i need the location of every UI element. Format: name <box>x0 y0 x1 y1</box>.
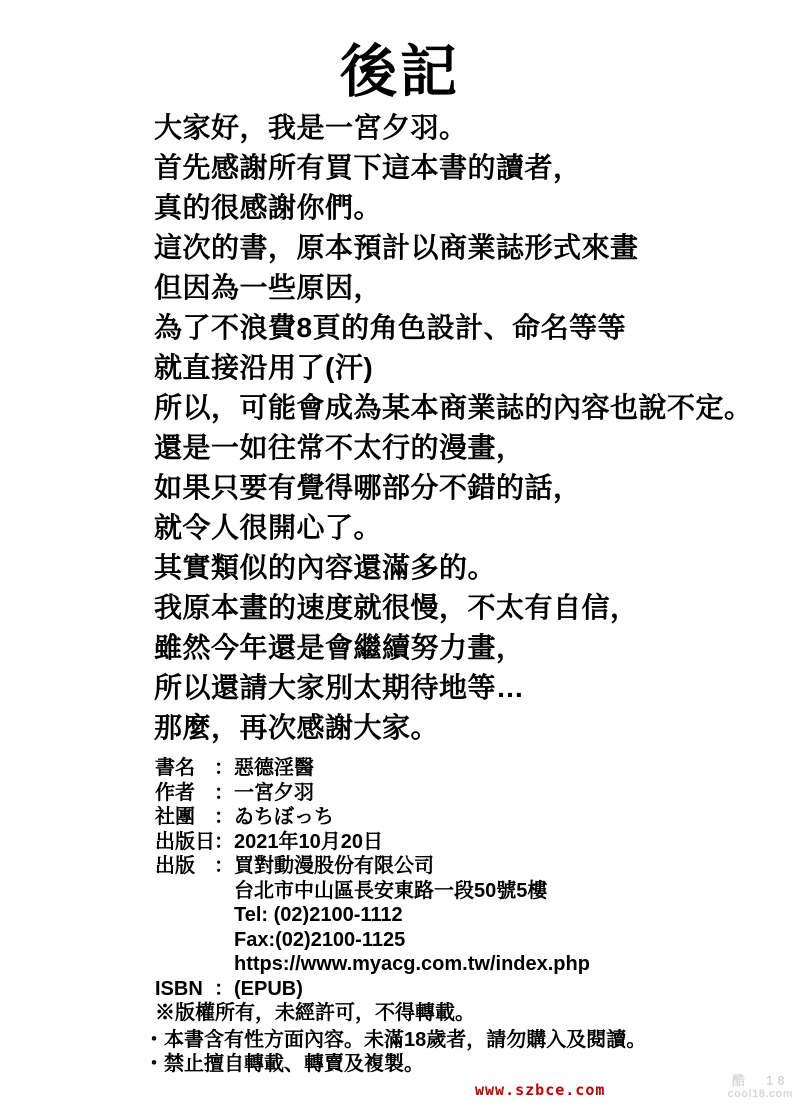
colophon-colon: ： <box>214 977 234 1002</box>
body-line: 大家好，我是一宮夕羽。 <box>154 108 780 148</box>
colophon-row-pubdate: 出版日：2021年10月20日 <box>155 830 590 855</box>
colophon-colon: ： <box>214 781 234 806</box>
body-line: 就令人很開心了。 <box>154 508 780 548</box>
colophon-value: 2021年10月20日 <box>234 830 383 855</box>
colophon-colon: ： <box>214 805 234 830</box>
colophon-label: 出版 <box>155 854 214 879</box>
colophon-row-book-title: 書名：惡德淫醫 <box>155 756 590 781</box>
colophon-row-isbn: ISBN：(EPUB) <box>155 977 590 1002</box>
colophon: 書名：惡德淫醫 作者：一宮夕羽 社團：ゐちぼっち 出版日：2021年10月20日… <box>155 756 590 1026</box>
colophon-row-publisher: 出版：買對動漫股份有限公司 <box>155 854 590 879</box>
body-line: 雖然今年還是會繼續努力畫， <box>154 628 780 668</box>
publisher-url: https://www.myacg.com.tw/index.php <box>155 952 590 977</box>
colophon-colon: ： <box>214 854 234 879</box>
body-line: 如果只要有覺得哪部分不錯的話， <box>154 468 780 508</box>
watermark-cool18-top: 酷 18 <box>727 1074 793 1088</box>
publisher-address: 台北市中山區長安東路一段50號5樓 <box>155 879 590 904</box>
body-line: 這次的書，原本預計以商業誌形式來畫 <box>154 228 780 268</box>
colophon-value: 一宮夕羽 <box>234 781 314 806</box>
body-line: 那麼，再次感謝大家。 <box>154 708 780 748</box>
body-line: 我原本畫的速度就很慢，不太有自信， <box>154 588 780 628</box>
page-title: 後記 <box>0 26 800 108</box>
colophon-colon: ： <box>214 756 234 781</box>
colophon-label: 作者 <box>155 781 214 806</box>
watermark-cool18-bottom: cool18.com <box>727 1088 793 1100</box>
watermark-cool18: 酷 18 cool18.com <box>727 1074 793 1100</box>
afterword-body: 大家好，我是一宮夕羽。 首先感謝所有買下這本書的讀者， 真的很感謝你們。 這次的… <box>154 108 780 748</box>
colophon-label: ISBN <box>155 977 214 1002</box>
body-line: 為了不浪費8頁的角色設計、命名等等 <box>154 308 780 348</box>
colophon-value: (EPUB) <box>234 977 303 1002</box>
colophon-label: 書名 <box>155 756 214 781</box>
colophon-value: 惡德淫醫 <box>234 756 314 781</box>
warning-line: ・本書含有性方面內容。未滿18歲者，請勿購入及閱讀。 <box>144 1028 646 1052</box>
colophon-row-author: 作者：一宮夕羽 <box>155 781 590 806</box>
body-line: 其實類似的內容還滿多的。 <box>154 548 780 588</box>
warning-notes: ・本書含有性方面內容。未滿18歲者，請勿購入及閱讀。 ・禁止擅自轉載、轉賣及複製… <box>144 1028 646 1076</box>
watermark-szbce: www.szbce.com <box>475 1081 605 1099</box>
body-line: 還是一如往常不太行的漫畫， <box>154 428 780 468</box>
colophon-value: 買對動漫股份有限公司 <box>234 854 434 879</box>
colophon-value: ゐちぼっち <box>234 805 334 830</box>
publisher-tel: Tel: (02)2100-1112 <box>155 903 590 928</box>
warning-line: ・禁止擅自轉載、轉賣及複製。 <box>144 1052 646 1076</box>
colophon-label: 出版日 <box>155 830 214 855</box>
copyright-notice: ※版權所有，未經許可，不得轉載。 <box>155 1001 590 1026</box>
afterword-page: 後記 大家好，我是一宮夕羽。 首先感謝所有買下這本書的讀者， 真的很感謝你們。 … <box>0 0 800 1119</box>
colophon-row-circle: 社團：ゐちぼっち <box>155 805 590 830</box>
colophon-colon: ： <box>214 830 234 855</box>
publisher-fax: Fax:(02)2100-1125 <box>155 928 590 953</box>
body-line: 所以，可能會成為某本商業誌的內容也說不定。 <box>154 388 780 428</box>
body-line: 所以還請大家別太期待地等… <box>154 668 780 708</box>
colophon-label: 社團 <box>155 805 214 830</box>
body-line: 但因為一些原因， <box>154 268 780 308</box>
body-line: 就直接沿用了(汗) <box>154 348 780 388</box>
body-line: 真的很感謝你們。 <box>154 188 780 228</box>
body-line: 首先感謝所有買下這本書的讀者， <box>154 148 780 188</box>
